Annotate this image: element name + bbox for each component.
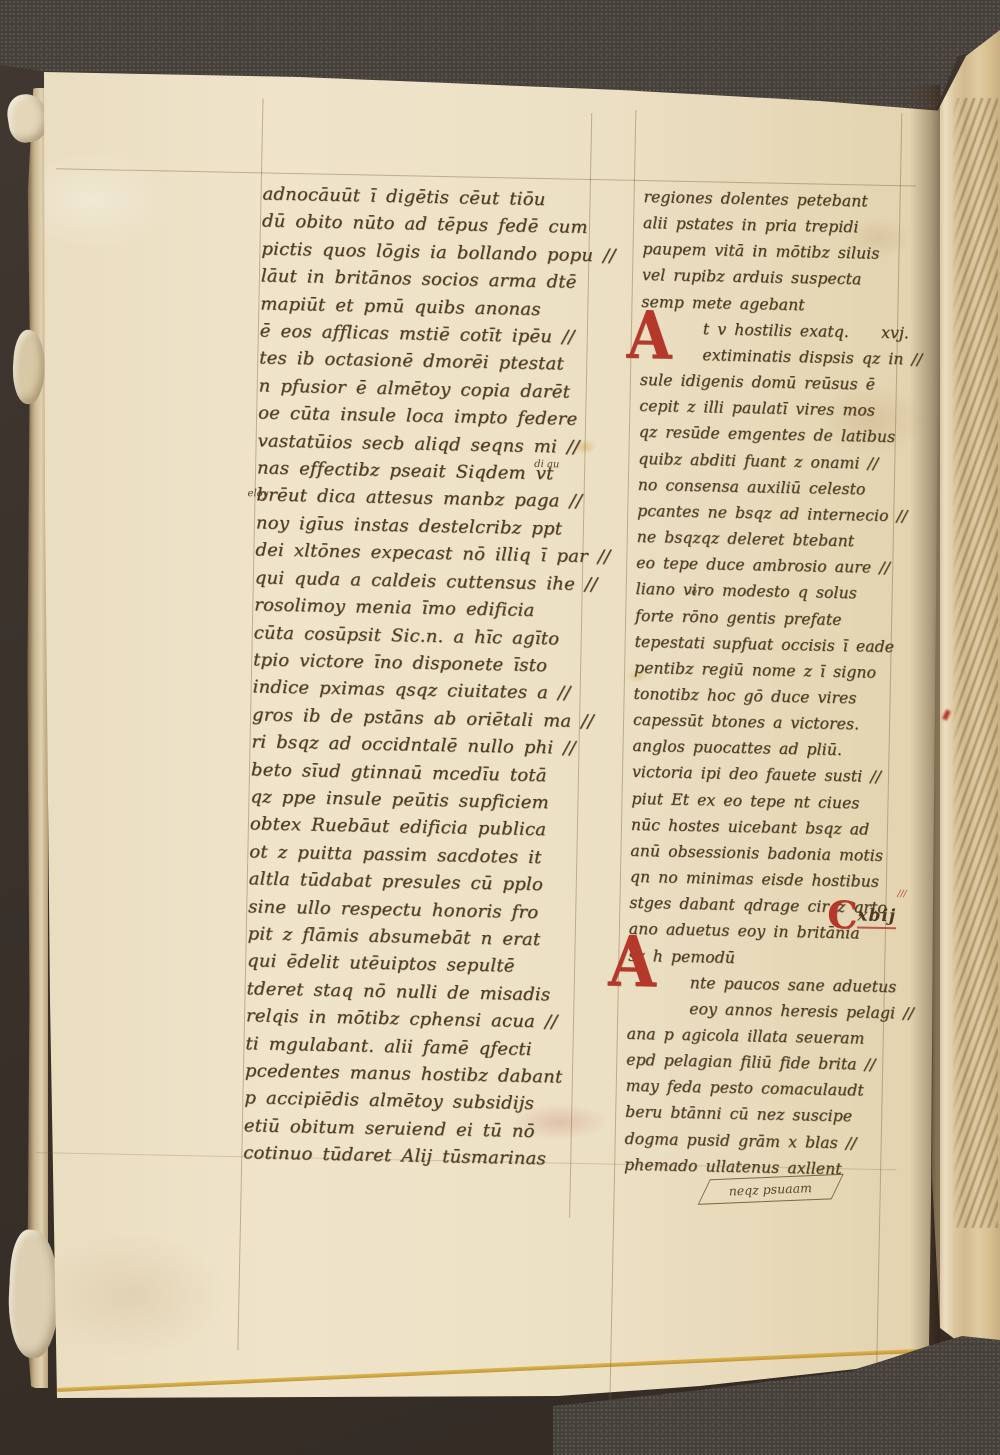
- manuscript-photo: { "manuscript": { "description": "Mediev…: [0, 0, 1000, 1455]
- catchword-text: neqz psuaam: [729, 1180, 813, 1198]
- next-page-showthrough-text: [952, 98, 998, 1228]
- red-initial-A-chapter17: A: [608, 927, 657, 998]
- left-text-column: adnocāuūt ī digētis cēut tiōudū obito nū…: [243, 180, 613, 1173]
- text-line: sz h pemodū: [628, 942, 898, 974]
- text-line: cotinuo tūdaret Alij tūsmarinas: [243, 1139, 593, 1173]
- interlinear-note: io: [689, 587, 697, 597]
- chapter-marker-numeral: xbij: [857, 905, 896, 929]
- chapter-marker-ticks: ///: [897, 889, 906, 899]
- chapter-marker-initial: C: [827, 892, 858, 938]
- interlinear-note: di au: [534, 459, 559, 471]
- ruling-line-horizontal: [56, 168, 916, 186]
- next-page-rubric-fleck: [942, 709, 951, 720]
- text-line: semp mete agebant: [641, 289, 911, 321]
- chapter-marker: Cxbij ///: [827, 896, 897, 935]
- catchword-banner: neqz psuaam: [698, 1174, 844, 1205]
- red-initial-A-chapter16: A: [626, 302, 672, 369]
- interlinear-note: eloy: [247, 488, 268, 499]
- page-content: adnocāuūt ī digētis cēut tiōudū obito nū…: [17, 72, 944, 1430]
